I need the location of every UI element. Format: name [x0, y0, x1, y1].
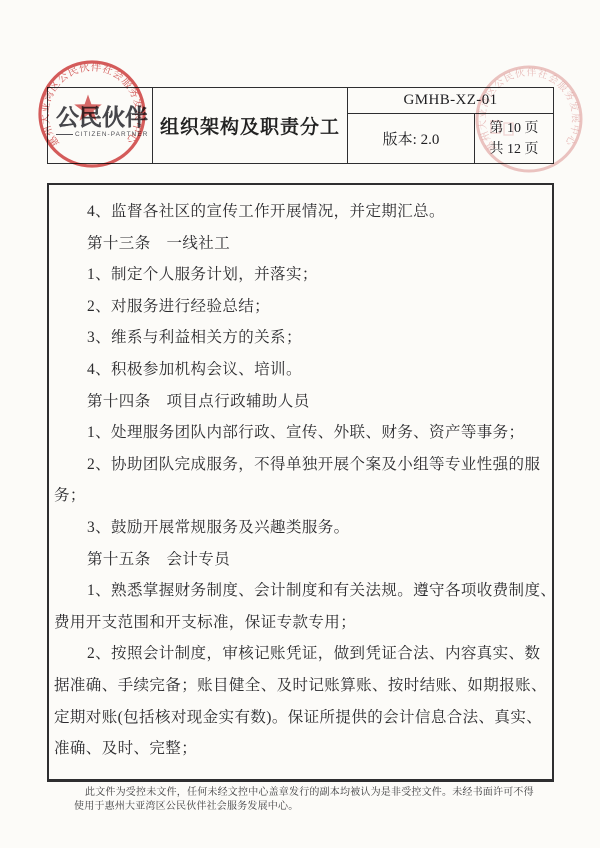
org-logo: 公民伙伴 CITIZEN-PARTNER: [56, 104, 151, 138]
body-line: 第十四条 项目点行政辅助人员: [54, 386, 548, 418]
body-line: 2、对服务进行经验总结；: [54, 291, 548, 323]
body-line: 据准确、手续完备；账目健全、及时记账算账、按时结账、如期报账、: [54, 670, 548, 702]
document-code: GMHB-XZ-01: [348, 88, 553, 114]
body-line: 3、维系与利益相关方的关系；: [54, 322, 548, 354]
logo-rule: [56, 134, 73, 135]
body-line: 1、处理服务团队内部行政、宣传、外联、财务、资产等事务；: [54, 417, 548, 449]
body-line: 4、监督各社区的宣传工作开展情况，并定期汇总。: [54, 196, 548, 228]
body-line: 定期对账(包括核对现金实有数)。保证所提供的会计信息合法、真实、: [54, 702, 548, 734]
body-line: 第十三条 一线社工: [54, 228, 548, 260]
control-note-line1: 此文件为受控未文件，任何未经文控中心盖章发行的副本均被认为是非受控文件。未经书面…: [74, 786, 526, 800]
body-line: 2、按照会计制度，审核记账凭证，做到凭证合法、内容真实、数: [54, 638, 548, 670]
document-body: 4、监督各社区的宣传工作开展情况，并定期汇总。 第十三条 一线社工 1、制定个人…: [47, 183, 554, 782]
body-line: 3、鼓励开展常规服务及兴趣类服务。: [54, 512, 548, 544]
org-logo-en: CITIZEN-PARTNER: [75, 131, 148, 138]
org-logo-cn: 公民伙伴: [56, 104, 151, 130]
version-label: 版本: 2.0: [348, 114, 474, 163]
header-right-section: GMHB-XZ-01 版本: 2.0 第 10 页 共 12 页: [348, 88, 553, 163]
page-number-cell: 第 10 页 共 12 页: [474, 114, 553, 163]
body-line: 费用开支范围和开支标准，保证专款专用；: [54, 607, 548, 639]
page-current: 第 10 页: [490, 118, 539, 139]
title-cell: 组织架构及职责分工: [152, 88, 348, 163]
body-line: 第十五条 会计专员: [54, 544, 548, 576]
body-line: 2、协助团队完成服务，不得单独开展个案及小组等专业性强的服: [54, 449, 548, 481]
control-note-line2: 使用于惠州大亚湾区公民伙伴社会服务发展中心。: [74, 800, 526, 814]
body-line: 务；: [54, 480, 548, 512]
page-title: 组织架构及职责分工: [160, 112, 340, 139]
body-line: 1、制定个人服务计划，并落实；: [54, 259, 548, 291]
version-page-row: 版本: 2.0 第 10 页 共 12 页: [348, 114, 553, 163]
body-line: 4、积极参加机构会议、培训。: [54, 354, 548, 386]
page-total: 共 12 页: [490, 139, 539, 160]
body-line: 1、熟悉掌握财务制度、会计制度和有关法规。遵守各项收费制度、: [54, 575, 548, 607]
org-logo-en-row: CITIZEN-PARTNER: [56, 131, 151, 138]
control-note: 此文件为受控未文件，任何未经文控中心盖章发行的副本均被认为是非受控文件。未经书面…: [74, 786, 526, 813]
body-line: 准确、及时、完整；: [54, 733, 548, 765]
